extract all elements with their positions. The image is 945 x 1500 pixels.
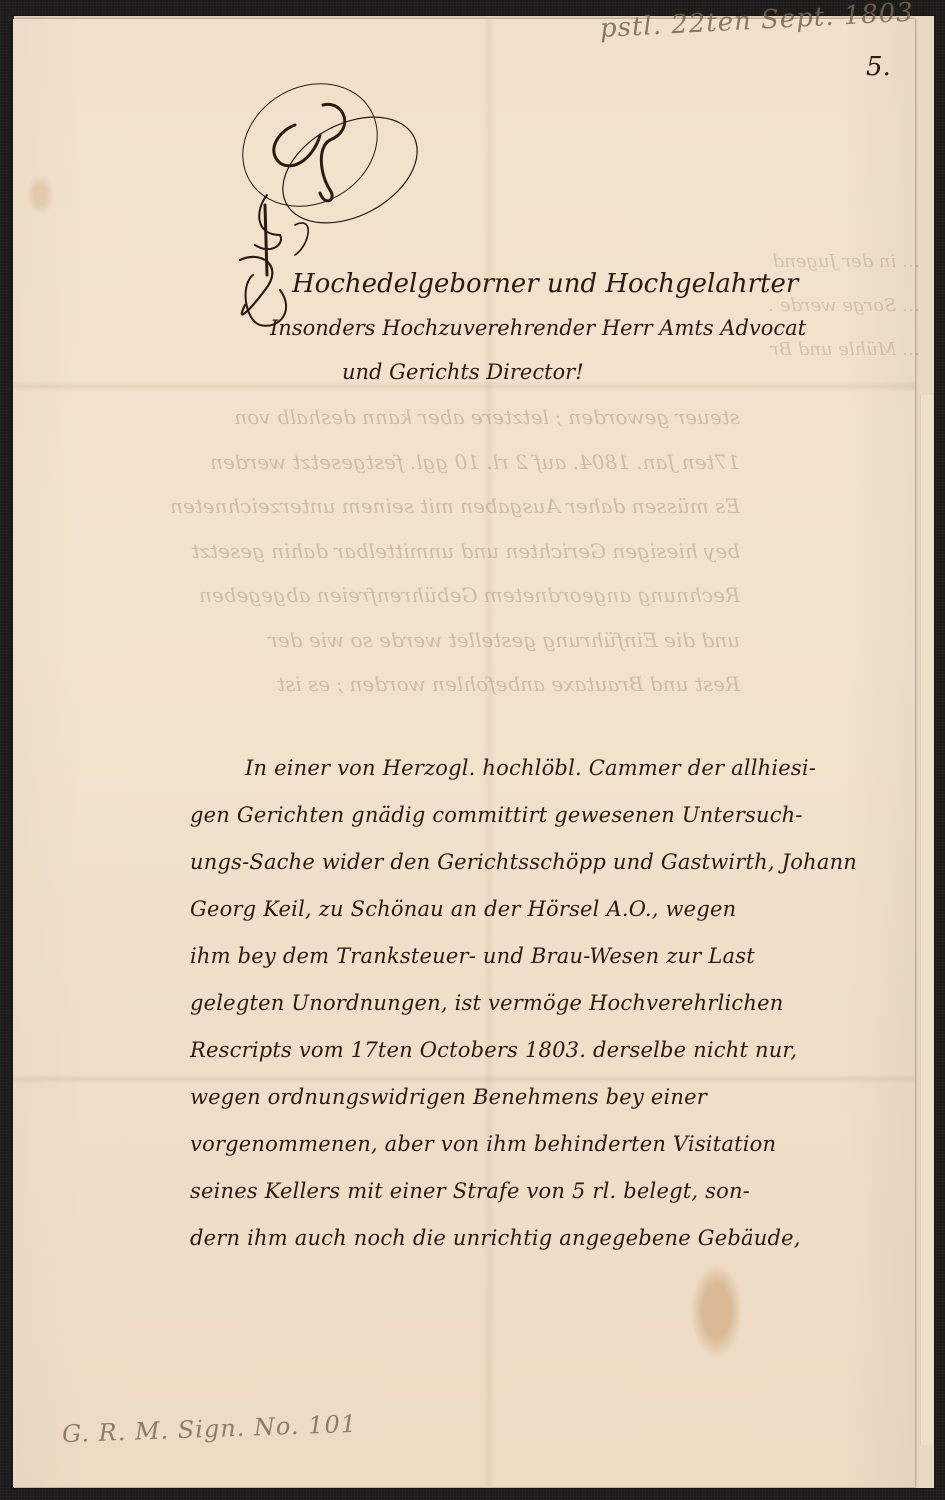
folded-edge-flap: [920, 395, 933, 1445]
salutation-line: Hochedelgeborner und Hochgelahrter: [292, 262, 852, 306]
letter-body: In einer von Herzogl. hochlöbl. Cammer d…: [190, 745, 915, 1262]
body-line: ihm bey dem Tranksteuer- und Brau-Wesen …: [190, 933, 915, 980]
salutation-line: Insonders Hochzuverehrender Herr Amts Ad…: [270, 306, 852, 350]
body-line: wegen ordnungswidrigen Benehmens bey ein…: [190, 1074, 915, 1121]
body-line: In einer von Herzogl. hochlöbl. Cammer d…: [190, 745, 915, 792]
body-line: gelegten Unordnungen, ist vermöge Hochve…: [190, 980, 915, 1027]
salutation: Hochedelgeborner und Hochgelahrter Inson…: [292, 262, 852, 394]
body-line: Rescripts vom 17ten Octobers 1803. derse…: [190, 1027, 915, 1074]
page-number: 5.: [866, 52, 891, 82]
salutation-line: und Gerichts Director!: [342, 350, 852, 394]
body-line: vorgenommenen, aber von ihm behinderten …: [190, 1121, 915, 1168]
body-line: Georg Keil, zu Schönau an der Hörsel A.O…: [190, 886, 915, 933]
body-line: seines Kellers mit einer Strafe von 5 rl…: [190, 1168, 915, 1215]
body-line: gen Gerichten gnädig committirt gewesene…: [190, 792, 915, 839]
body-line: ungs-Sache wider den Gerichtsschöpp und …: [190, 839, 915, 886]
body-line: dern ihm auch noch die unrichtig angegeb…: [190, 1215, 915, 1262]
